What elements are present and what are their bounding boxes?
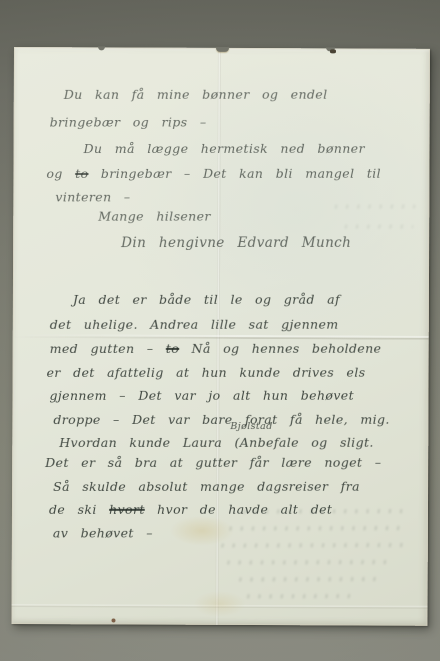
struck-word: to	[166, 341, 179, 356]
handwritten-line: av behøvet –	[53, 527, 153, 540]
ink-bleedthrough-line	[224, 560, 394, 564]
handwritten-line: og to bringebær – Det kan bli mangel til	[46, 168, 381, 181]
horizontal-fold-crease	[13, 334, 429, 340]
handwritten-line: vinteren –	[55, 191, 130, 204]
paper-edge-speck	[330, 49, 336, 53]
handwritten-segment: Nå og hennes beholdene	[179, 341, 381, 356]
handwritten-line: Du kan få mine bønner og endel	[64, 89, 328, 102]
handwritten-segment: bringebær – Det kan bli mangel til	[89, 166, 382, 181]
handwritten-line: er det afattelig at hun kunde drives els	[47, 367, 366, 380]
paper-stain	[194, 591, 246, 617]
ink-bleedthrough-line	[331, 204, 415, 208]
inserted-word: Bjølstad	[230, 422, 272, 432]
horizontal-fold-crease-lower	[12, 604, 428, 609]
ink-bleedthrough-line	[236, 577, 381, 581]
handwritten-line: Hvordan kunde Laura (Anbefale og sligt.	[59, 437, 374, 450]
vertical-fold-crease	[215, 48, 221, 625]
handwritten-line: det uhelige. Andrea lille sat gjennem	[50, 319, 339, 332]
handwritten-line: Så skulde absolut mange dagsreiser fra	[53, 481, 360, 494]
handwritten-line: bringebær og rips –	[50, 116, 207, 129]
handwritten-line: droppe – Det var bare forat få hele, mig…	[53, 414, 389, 427]
paper-stain	[170, 516, 234, 546]
handwritten-line: Det er så bra at gutter får lære noget –	[45, 457, 381, 470]
ink-bleedthrough-line	[240, 509, 408, 513]
handwritten-line: med gutten – to Nå og hennes beholdene	[50, 343, 382, 356]
handwritten-line: Ja det er både til le og gråd af	[73, 294, 340, 307]
handwritten-segment: og	[46, 166, 75, 181]
ink-bleedthrough-line	[244, 594, 354, 598]
handwritten-line: Du må lægge hermetisk ned bønner	[84, 143, 365, 156]
closing-line: Mange hilsener	[98, 211, 211, 224]
handwritten-segment: Hvordan kunde Laura (	[59, 435, 239, 450]
ink-bleedthrough-line	[341, 224, 413, 228]
handwritten-segment: Anbefale og sligt.	[240, 435, 374, 450]
handwritten-segment: med gutten –	[50, 341, 166, 356]
handwritten-line: gjennem – Det var jo alt hun behøvet	[49, 390, 354, 403]
paper-edge-notch	[216, 47, 229, 52]
paper-edge-notch	[98, 46, 105, 50]
struck-word: to	[75, 166, 88, 181]
letter-paper: Du kan få mine bønner og endel bringebær…	[11, 47, 430, 626]
signature-line: Din hengivne Edvard Munch	[121, 237, 351, 251]
struck-word: hvort	[109, 502, 145, 517]
ink-bleedthrough-line	[226, 526, 408, 530]
ink-bleedthrough-line	[218, 543, 410, 548]
paper-bottom-speck	[111, 618, 115, 622]
handwritten-segment: de ski	[49, 502, 109, 517]
